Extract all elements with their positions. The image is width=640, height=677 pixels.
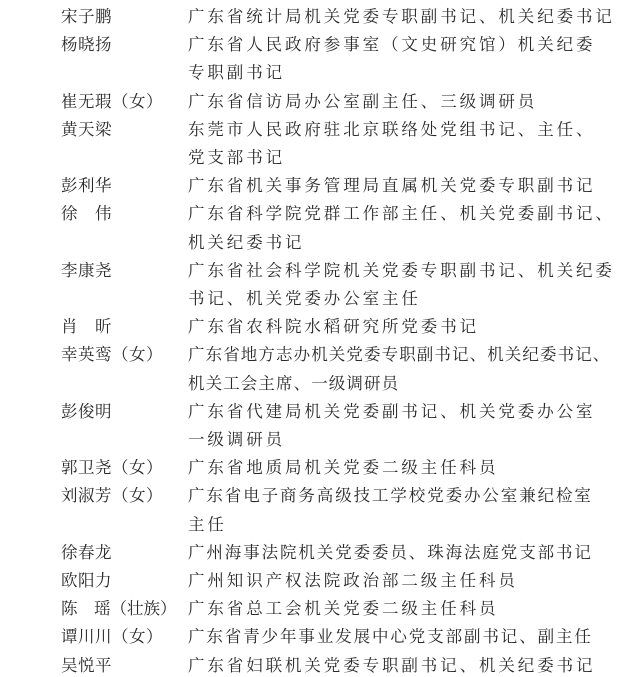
person-name: 幸英鸾（女）	[61, 341, 188, 369]
person-name: 徐春龙	[61, 539, 188, 567]
person-name: 李康尧	[61, 257, 188, 285]
list-item: 彭俊明 广东省代建局机关党委副书记、机关党委办公室 一级调研员	[61, 398, 591, 454]
position-line: 广东省机关事务管理局直属机关党委专职副书记	[188, 172, 580, 200]
person-position: 广东省电子商务高级技工学校党委办公室兼纪检室 主任	[188, 482, 580, 538]
position-line: 广东省妇联机关党委专职副书记、机关纪委书记	[188, 652, 580, 677]
person-name: 宋子鹏	[61, 3, 188, 31]
person-position: 广州海事法院机关党委委员、珠海法庭党支部书记	[188, 539, 580, 567]
position-line: 广东省地质局机关党委二级主任科员	[188, 454, 580, 482]
person-position: 东莞市人民政府驻北京联络处党组书记、主任、 党支部书记	[188, 116, 580, 172]
position-line: 书记、机关党委办公室主任	[188, 285, 580, 313]
list-item: 彭利华 广东省机关事务管理局直属机关党委专职副书记	[61, 172, 591, 200]
position-line: 广东省社会科学院机关党委专职副书记、机关纪委	[188, 257, 580, 285]
position-line: 广东省农科院水稻研究所党委书记	[188, 313, 580, 341]
person-position: 广东省代建局机关党委副书记、机关党委办公室 一级调研员	[188, 398, 580, 454]
person-name: 欧阳力	[61, 567, 188, 595]
person-position: 广东省农科院水稻研究所党委书记	[188, 313, 580, 341]
person-name: 郭卫尧（女）	[61, 454, 188, 482]
position-line: 党支部书记	[188, 144, 580, 172]
position-line: 专职副书记	[188, 59, 580, 87]
list-item: 幸英鸾（女） 广东省地方志办机关党委专职副书记、机关纪委书记、 机关工会主席、一…	[61, 341, 591, 397]
person-name: 陈 瑶（壮族）	[61, 595, 188, 623]
position-line: 广州海事法院机关党委委员、珠海法庭党支部书记	[188, 539, 580, 567]
position-line: 东莞市人民政府驻北京联络处党组书记、主任、	[188, 116, 580, 144]
person-name: 崔无瑕（女）	[61, 88, 188, 116]
list-item: 徐 伟 广东省科学院党群工作部主任、机关党委副书记、 机关纪委书记	[61, 200, 591, 256]
person-position: 广州知识产权法院政治部二级主任科员	[188, 567, 580, 595]
person-position: 广东省地质局机关党委二级主任科员	[188, 454, 580, 482]
position-line: 机关工会主席、一级调研员	[188, 370, 580, 398]
person-position: 广东省科学院党群工作部主任、机关党委副书记、 机关纪委书记	[188, 200, 580, 256]
person-position: 广东省总工会机关党委二级主任科员	[188, 595, 580, 623]
person-name: 徐 伟	[61, 200, 188, 228]
position-line: 机关纪委书记	[188, 229, 580, 257]
position-line: 一级调研员	[188, 426, 580, 454]
person-name: 谭川川（女）	[61, 623, 188, 651]
position-line: 广东省地方志办机关党委专职副书记、机关纪委书记、	[188, 341, 580, 369]
person-position: 广东省妇联机关党委专职副书记、机关纪委书记	[188, 652, 580, 677]
list-item: 杨晓扬 广东省人民政府参事室（文史研究馆）机关纪委 专职副书记	[61, 31, 591, 87]
person-name: 黄天梁	[61, 116, 188, 144]
person-name: 刘淑芳（女）	[61, 482, 188, 510]
person-position: 广东省人民政府参事室（文史研究馆）机关纪委 专职副书记	[188, 31, 580, 87]
person-position: 广东省信访局办公室副主任、三级调研员	[188, 88, 580, 116]
person-name: 杨晓扬	[61, 31, 188, 59]
position-line: 主任	[188, 511, 580, 539]
position-line: 广东省人民政府参事室（文史研究馆）机关纪委	[188, 31, 580, 59]
position-line: 广州知识产权法院政治部二级主任科员	[188, 567, 580, 595]
list-item: 徐春龙 广州海事法院机关党委委员、珠海法庭党支部书记	[61, 539, 591, 567]
position-line: 广东省信访局办公室副主任、三级调研员	[188, 88, 580, 116]
person-position: 广东省社会科学院机关党委专职副书记、机关纪委 书记、机关党委办公室主任	[188, 257, 580, 313]
position-line: 广东省电子商务高级技工学校党委办公室兼纪检室	[188, 482, 580, 510]
person-position: 广东省机关事务管理局直属机关党委专职副书记	[188, 172, 580, 200]
person-position: 广东省统计局机关党委专职副书记、机关纪委书记	[188, 3, 580, 31]
person-position: 广东省青少年事业发展中心党支部副书记、副主任	[188, 623, 580, 651]
position-line: 广东省总工会机关党委二级主任科员	[188, 595, 580, 623]
list-item: 肖 昕 广东省农科院水稻研究所党委书记	[61, 313, 591, 341]
list-item: 谭川川（女） 广东省青少年事业发展中心党支部副书记、副主任	[61, 623, 591, 651]
list-item: 崔无瑕（女） 广东省信访局办公室副主任、三级调研员	[61, 88, 591, 116]
list-item: 刘淑芳（女） 广东省电子商务高级技工学校党委办公室兼纪检室 主任	[61, 482, 591, 538]
list-item: 李康尧 广东省社会科学院机关党委专职副书记、机关纪委 书记、机关党委办公室主任	[61, 257, 591, 313]
person-name: 彭利华	[61, 172, 188, 200]
list-item: 欧阳力 广州知识产权法院政治部二级主任科员	[61, 567, 591, 595]
person-position: 广东省地方志办机关党委专职副书记、机关纪委书记、 机关工会主席、一级调研员	[188, 341, 580, 397]
person-name: 吴悦平	[61, 652, 188, 677]
position-line: 广东省代建局机关党委副书记、机关党委办公室	[188, 398, 580, 426]
person-name: 彭俊明	[61, 398, 188, 426]
personnel-list: 宋子鹏 广东省统计局机关党委专职副书记、机关纪委书记 杨晓扬 广东省人民政府参事…	[61, 3, 591, 677]
list-item: 陈 瑶（壮族） 广东省总工会机关党委二级主任科员	[61, 595, 591, 623]
list-item: 黄天梁 东莞市人民政府驻北京联络处党组书记、主任、 党支部书记	[61, 116, 591, 172]
position-line: 广东省科学院党群工作部主任、机关党委副书记、	[188, 200, 580, 228]
person-name: 肖 昕	[61, 313, 188, 341]
position-line: 广东省统计局机关党委专职副书记、机关纪委书记	[188, 3, 580, 31]
position-line: 广东省青少年事业发展中心党支部副书记、副主任	[188, 623, 580, 651]
list-item: 郭卫尧（女） 广东省地质局机关党委二级主任科员	[61, 454, 591, 482]
list-item: 吴悦平 广东省妇联机关党委专职副书记、机关纪委书记	[61, 652, 591, 677]
list-item: 宋子鹏 广东省统计局机关党委专职副书记、机关纪委书记	[61, 3, 591, 31]
